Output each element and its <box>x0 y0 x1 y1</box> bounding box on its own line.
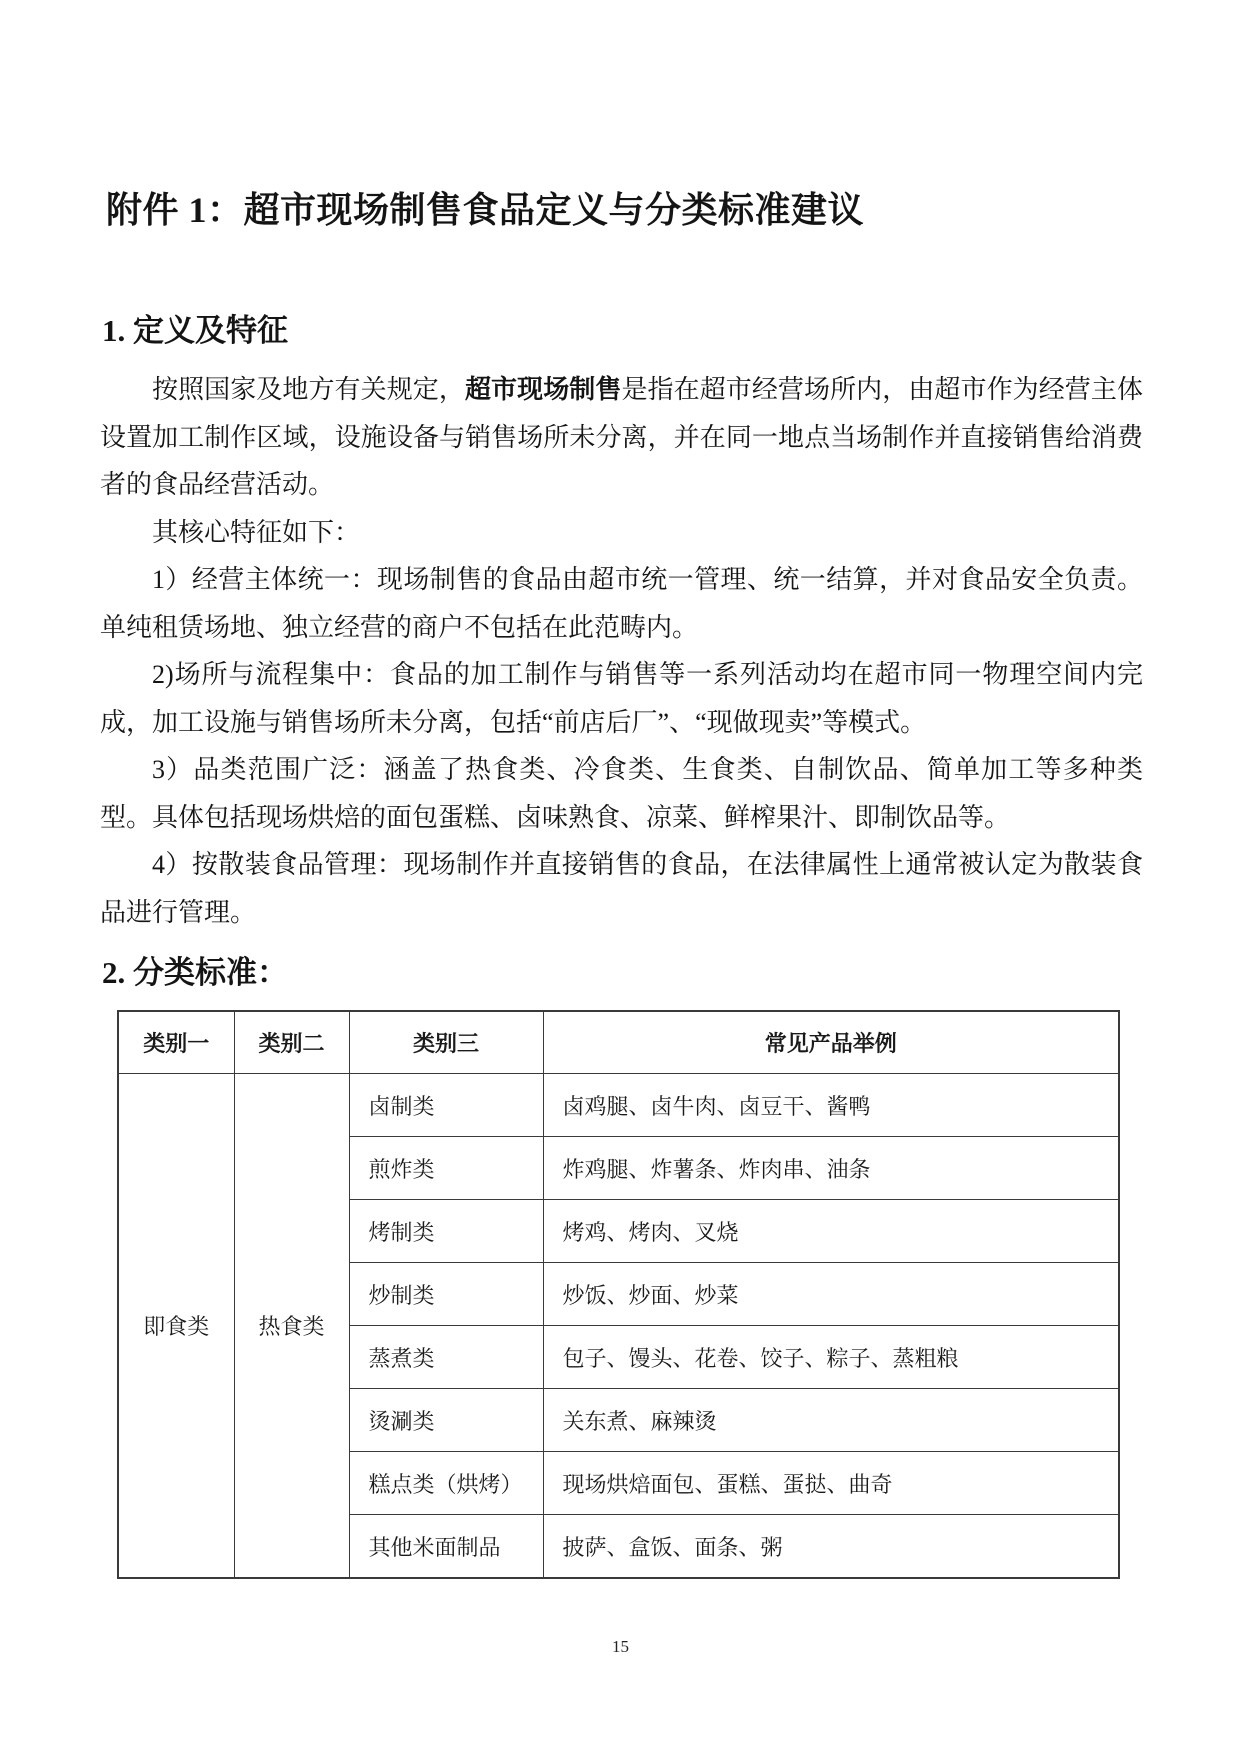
table-row: 即食类 热食类 卤制类 卤鸡腿、卤牛肉、卤豆干、酱鸭 <box>118 1074 1119 1137</box>
paragraph-definition: 按照国家及地方有关规定，超市现场制售是指在超市经营场所内，由超市作为经营主体设置… <box>100 366 1143 509</box>
paragraph-feature-4: 4）按散装食品管理：现场制作并直接销售的食品，在法律属性上通常被认定为散装食品进… <box>100 841 1143 936</box>
paragraph-feature-2: 2)场所与流程集中：食品的加工制作与销售等一系列活动均在超市同一物理空间内完成，… <box>100 651 1143 746</box>
category3-cell: 糕点类（烘烤） <box>349 1452 543 1515</box>
paragraph-definition-pre: 按照国家及地方有关规定， <box>152 375 465 404</box>
category3-cell: 煎炸类 <box>349 1137 543 1200</box>
header-cell-category1: 类别一 <box>118 1011 234 1074</box>
classification-table: 类别一 类别二 类别三 常见产品举例 即食类 热食类 卤制类 卤鸡腿、卤牛肉、卤… <box>117 1010 1120 1579</box>
category3-cell: 蒸煮类 <box>349 1326 543 1389</box>
examples-cell: 包子、馒头、花卷、饺子、粽子、蒸粗粮 <box>543 1326 1119 1389</box>
bold-term: 超市现场制售 <box>465 375 621 404</box>
document-title: 附件 1：超市现场制售食品定义与分类标准建议 <box>100 0 1143 232</box>
paragraph-feature-3: 3）品类范围广泛：涵盖了热食类、冷食类、生食类、自制饮品、简单加工等多种类型。具… <box>100 746 1143 841</box>
section-2-heading: 2. 分类标准： <box>100 954 1143 992</box>
category3-cell: 其他米面制品 <box>349 1515 543 1579</box>
examples-cell: 卤鸡腿、卤牛肉、卤豆干、酱鸭 <box>543 1074 1119 1137</box>
page-number: 15 <box>0 1637 1241 1657</box>
examples-cell: 炸鸡腿、炸薯条、炸肉串、油条 <box>543 1137 1119 1200</box>
paragraph-core-features-intro: 其核心特征如下： <box>100 509 1143 557</box>
category2-cell: 热食类 <box>234 1074 349 1579</box>
category1-cell: 即食类 <box>118 1074 234 1579</box>
document-page: 附件 1：超市现场制售食品定义与分类标准建议 1. 定义及特征 按照国家及地方有… <box>0 0 1241 1754</box>
section-1-body: 按照国家及地方有关规定，超市现场制售是指在超市经营场所内，由超市作为经营主体设置… <box>100 366 1143 936</box>
header-cell-examples: 常见产品举例 <box>543 1011 1119 1074</box>
header-cell-category3: 类别三 <box>349 1011 543 1074</box>
examples-cell: 烤鸡、烤肉、叉烧 <box>543 1200 1119 1263</box>
examples-cell: 披萨、盒饭、面条、粥 <box>543 1515 1119 1579</box>
header-cell-category2: 类别二 <box>234 1011 349 1074</box>
examples-cell: 炒饭、炒面、炒菜 <box>543 1263 1119 1326</box>
category3-cell: 卤制类 <box>349 1074 543 1137</box>
category3-cell: 烤制类 <box>349 1200 543 1263</box>
examples-cell: 关东煮、麻辣烫 <box>543 1389 1119 1452</box>
paragraph-feature-1: 1）经营主体统一：现场制售的食品由超市统一管理、统一结算，并对食品安全负责。单纯… <box>100 556 1143 651</box>
examples-cell: 现场烘焙面包、蛋糕、蛋挞、曲奇 <box>543 1452 1119 1515</box>
category3-cell: 烫涮类 <box>349 1389 543 1452</box>
section-1-heading: 1. 定义及特征 <box>100 312 1143 350</box>
category3-cell: 炒制类 <box>349 1263 543 1326</box>
table-header-row: 类别一 类别二 类别三 常见产品举例 <box>118 1011 1119 1074</box>
